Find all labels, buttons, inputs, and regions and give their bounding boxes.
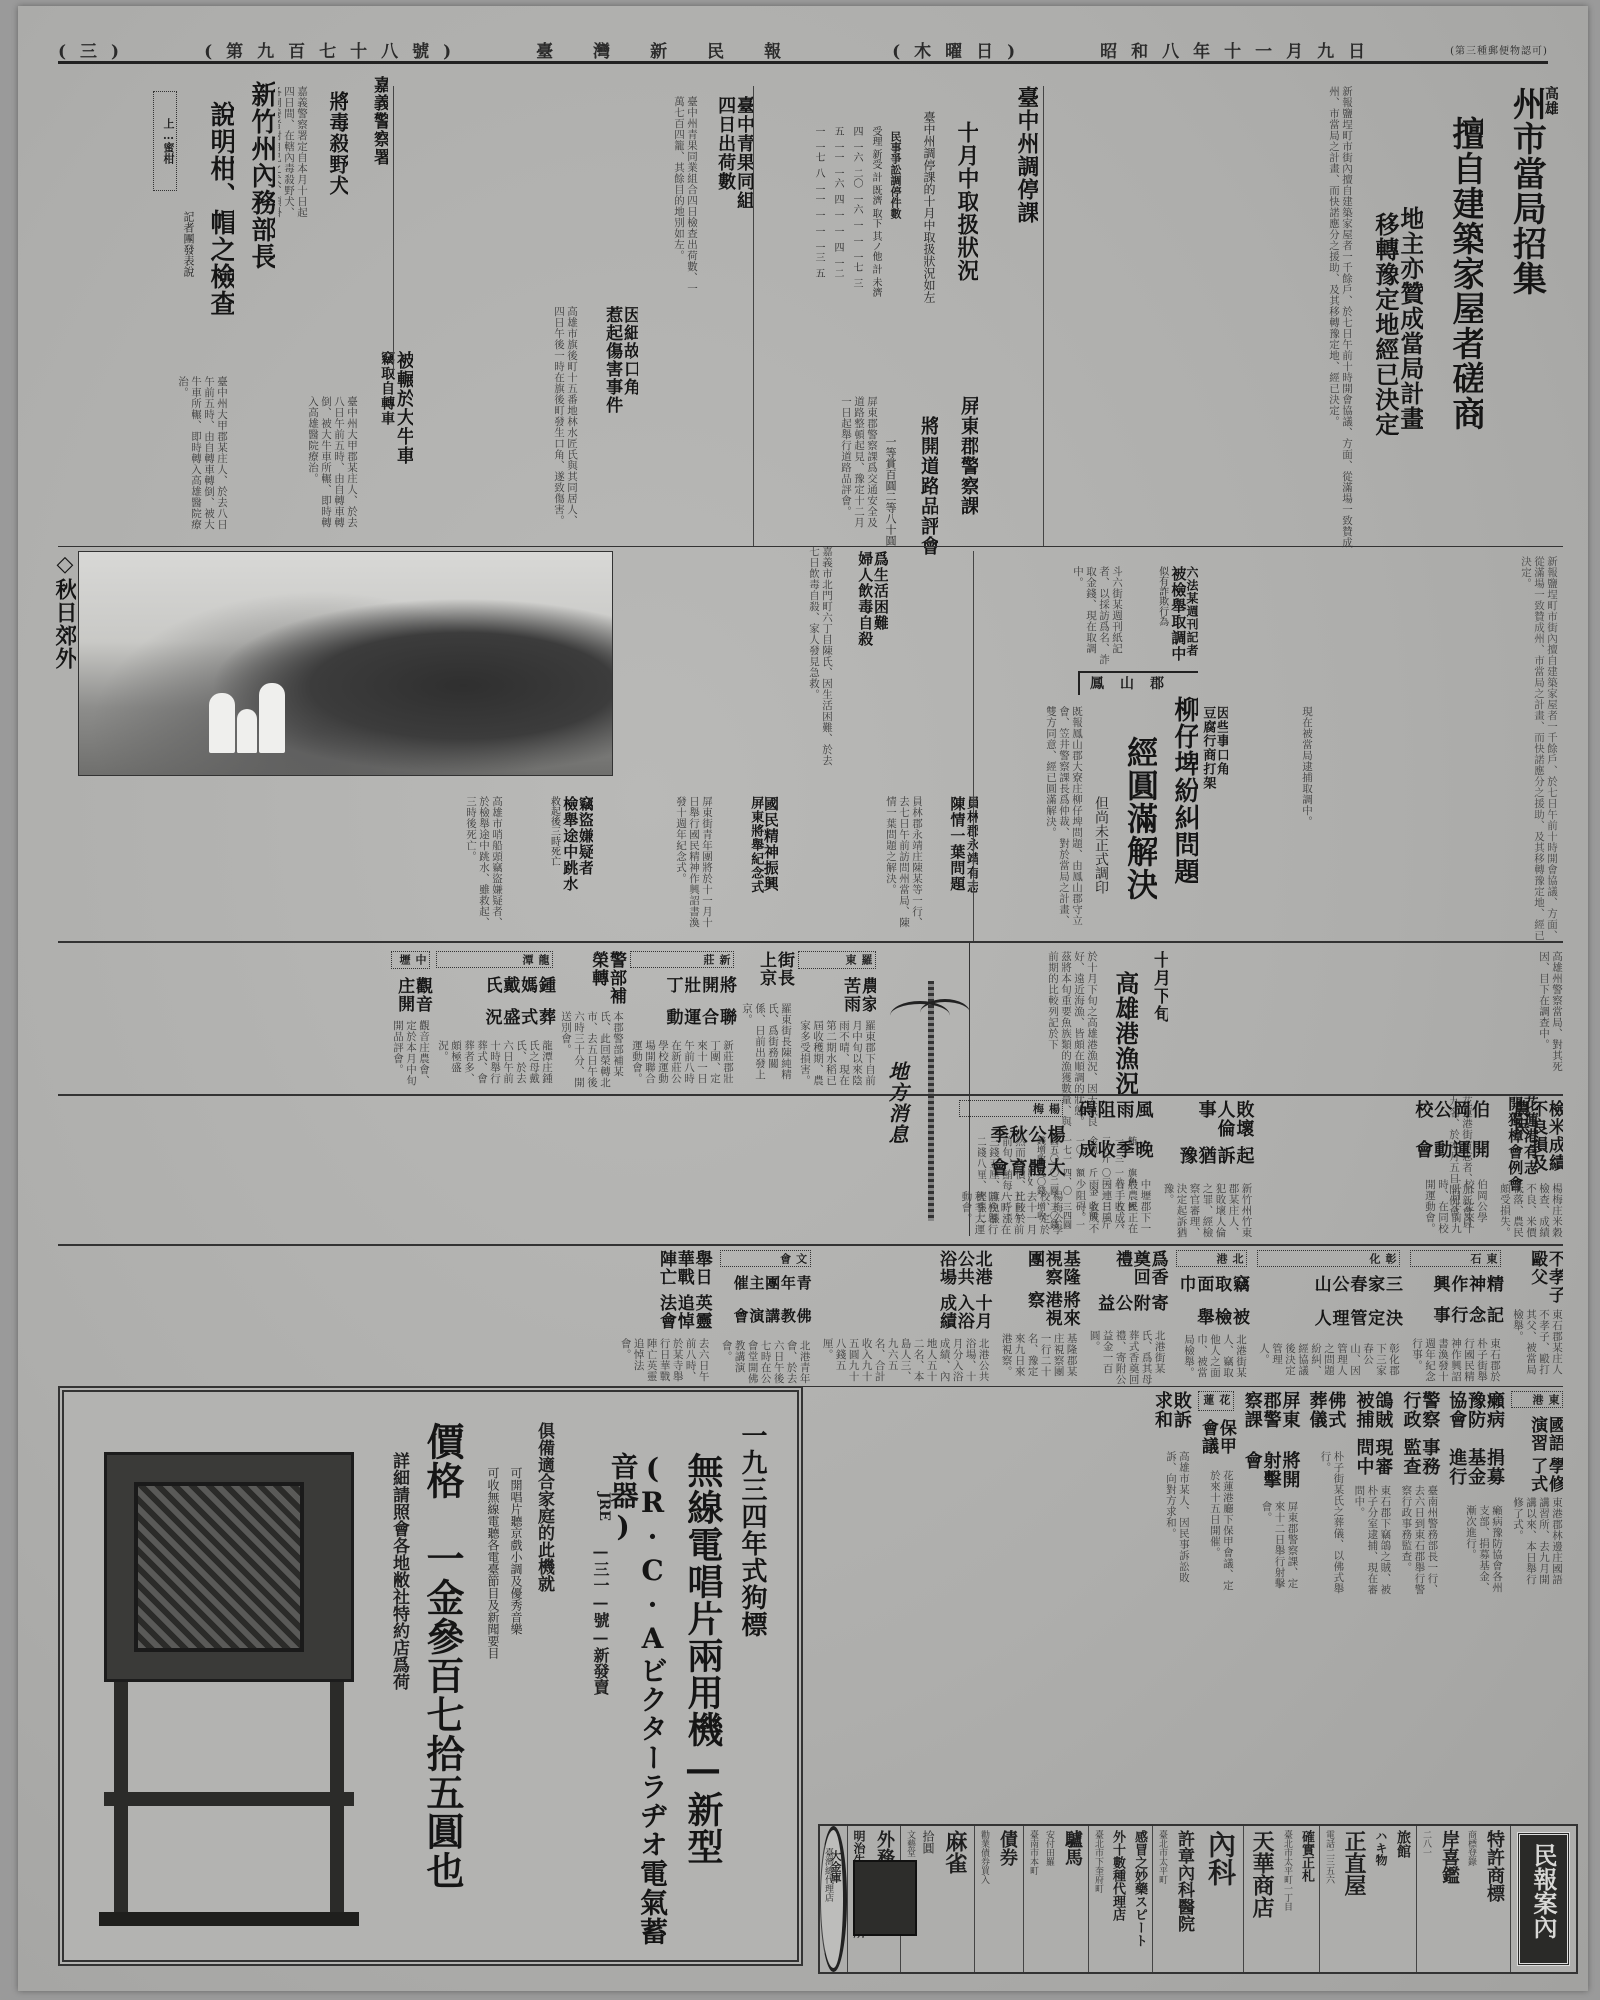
- news-item: 舉日華戰陣亡 英靈追悼法會 去六日午前八時、於某寺舉行日華戰陣亡英靈追悼法會。: [619, 1250, 710, 1385]
- postal-note: (第三種郵便物認可): [1450, 42, 1548, 57]
- local-news-item: 中壢 觀音庄開 觀音庄農會、定於本月中旬開品評會。: [391, 951, 430, 1091]
- kaohsiung-headline-2: 擅自建築家屋者磋商: [1428, 116, 1483, 556]
- mediation-table: 受理 新受 計 既濟 取下 其ノ他 計 未濟 四一六二〇一六一一一七三 五一一一…: [758, 126, 883, 396]
- kaohsiung-subheads: 地主亦贊成當局計畫 移轉豫定地經已決定: [1358, 206, 1423, 546]
- article-body: 嘉義市北門町六丁目陳氏、因生活困難、於去七日飲毒自殺、家人發見急救。: [633, 546, 833, 776]
- dog-poison-headline: 將毒殺野犬: [308, 91, 348, 211]
- local-news-item: 警部補榮轉 本郡警部補某氏、此回榮轉北市、去五日午後六時三十分、開送別會。: [559, 951, 624, 1091]
- article-body: 高雄市旗後町十五番地林水匠氏與其同居人、四日午後一時在旗後町發生口角、遂致傷害。: [418, 306, 578, 536]
- headline: 臺中青果同組: [734, 96, 753, 296]
- classified-ad-safe: 大金庫 臺灣總代理店: [820, 1826, 847, 1972]
- classified-ad: 內科 許章內科醫院 臺北市太平町: [1152, 1826, 1243, 1972]
- news-item: 東港 國語演習 學修了式 東港郡林邊庄國語講習所、去九月開講以來、本日舉行修了式…: [1511, 1391, 1563, 1596]
- ad-model: JRE: [596, 1492, 612, 1521]
- classified-ad: 旅館 ハキ物 正直屋 電話二三五六: [1319, 1826, 1416, 1972]
- rally-article: 國民精神振興 屏東將舉紀念式: [718, 796, 778, 936]
- classified-ad: 民報案內: [1510, 1826, 1576, 1972]
- local-news-item: 街長上京 羅東街長陳純精氏、爲街務關係、日前出發上京。: [740, 951, 792, 1091]
- headline: 十月中取扱狀況: [955, 121, 978, 401]
- article-body: 高雄市哨船頭竊盜嫌疑者、於檢舉途中跳水、雖救起、三時後死亡。: [58, 796, 503, 936]
- news-item: 楊梅 楊公秋季 大體育會 楊梅公學校、定於去十一月五日午前八時、在同校舉行秋季大…: [959, 1100, 1063, 1240]
- article-body: 斗六街某週刊紙記者、以採訪爲名、詐取金錢、現在取調中。: [978, 566, 1123, 666]
- news-item: 文會 青年團主催 佛教講演會 北港青年會、於去六日午後七時在公會堂開佛教講演會。: [720, 1250, 811, 1385]
- cart-accident-article: 被輾於大牛車 竊取自轉車: [358, 351, 413, 521]
- headline: 擅自建築家屋者磋商: [1447, 116, 1483, 556]
- divider: [753, 86, 754, 546]
- photo-figure: [237, 709, 257, 753]
- quarrel-article: 因細故口角 惹起傷害事件: [578, 306, 638, 456]
- article-body: [58, 81, 153, 371]
- masthead: (第三種郵便物認可) 昭和八年十一月九日 (木曜日) 臺灣新民報 (第九百七十八…: [58, 38, 1548, 64]
- headline: 州市當局招集: [1508, 86, 1544, 546]
- divider: [58, 1244, 1563, 1246]
- photo-figure: [209, 693, 235, 753]
- autumn-outing-photo: [78, 551, 613, 776]
- article-body: 嘉義警察署定自本月十日起四日間、在轄內毒殺野犬、各飼養者對自己之犬、須掛牌寫明。: [278, 86, 308, 226]
- page-number: (三): [58, 37, 133, 62]
- divider: [1043, 86, 1044, 546]
- news-item: 敗訴求和 高雄市某人、因民事訴訟敗訴、向對方求和。: [1152, 1391, 1190, 1596]
- paper-name: 臺灣新民報: [536, 37, 821, 62]
- news-item: 不孝子毆父 東石郡某庄人不孝子、毆打其父、被當局檢舉。: [1511, 1250, 1563, 1385]
- fengshan-region: 鳳山郡: [1078, 671, 1198, 695]
- article-body: 屏東郡警察課爲交通安全及道路整頓起見、豫定十二月一日起舉行道路品評會。: [758, 396, 878, 536]
- ad-feature: 俱備適合家庭的此機就: [532, 1422, 557, 1592]
- subhead: 移轉豫定地經已決定: [1373, 212, 1398, 546]
- headline: 四日出荷數: [715, 96, 734, 296]
- news-item: 風雨阻碍 晚季收成 中壢郡下一般農民正在着手收成、因連日風雨、收成不少阻碍。: [1073, 1100, 1151, 1240]
- news-item: 檢米成績不良損及農民 楊梅庄米穀檢查、成績不良、米價低落、農民頗受損失。: [1498, 1100, 1563, 1240]
- ad-feature: 可收無線電聽各電臺節目及新聞要目: [485, 1467, 502, 1659]
- radio-advertisement: 一九三四年式狗標 無線電唱片兩用機—新型 (R·C·Aビクターラヂオ電氣蓄音器)…: [58, 1386, 803, 1966]
- poison-article: 爲生活困難 婦人飲毒自殺: [838, 551, 888, 691]
- ad-feature: 可開唱片聽京戲小調及優秀音樂: [508, 1467, 525, 1635]
- divider: [58, 1386, 1563, 1387]
- classified-ad: 感冒之妙藥スピート 外十數種代理店 臺北市下奎府町: [1088, 1826, 1152, 1972]
- table-row: 四一六二〇一六一一一七三: [849, 126, 864, 396]
- weekday: (木曜日): [892, 37, 1029, 62]
- article-body: 臺中州大甲郡某庄人、於去八日午前五時、由自轉車轉倒、被大牛車所輾、即時轉入高雄醫…: [228, 396, 358, 536]
- pingtung-headline: 屏東郡警察課: [938, 396, 978, 566]
- ad-model-number: —三一—號—新發賣: [589, 1542, 612, 1695]
- divider: [58, 1094, 1563, 1096]
- news-item: 警察行政 事務監查 臺南州警務部長一行、去六日到東石郡舉行警察行政事務監查。: [1399, 1391, 1438, 1596]
- table-header: 受理 新受 計 既濟 取下 其ノ他 計 未濟: [868, 126, 883, 396]
- fengshan-headline-2: 經圓滿解決: [1113, 736, 1157, 936]
- ad-product-name: 無線電唱片兩用機—新型: [683, 1452, 721, 1865]
- divider: [393, 86, 394, 376]
- issue-number: (第九百七十八號): [204, 37, 465, 62]
- news-item: 敗壞人倫事 起訴猶豫 新竹州竹東郡某庄人、犯敗壞人倫之罪、經檢察官審理、決定起訴…: [1161, 1100, 1252, 1240]
- ad-contact: 詳細請照會各地敝社特約店爲荷: [387, 1452, 412, 1690]
- local-news-item: 龍潭 鍾媽戴氏 葬式盛況 龍潭庄鍾氏之母戴氏、於去六日午前十時舉行葬式、會葬者多…: [436, 951, 553, 1091]
- article-body: 新報鹽埕町市街內擅自建築家屋者一千餘戶、於七日午前十時開會協議、方面、從滿場一致…: [1048, 86, 1353, 556]
- fengshan-subhead: 但尚未正式調印: [1086, 796, 1111, 936]
- fruit-article: 臺中青果同組 四日出荷數: [698, 96, 753, 296]
- taichung-mediation-headline-2: 十月中取扱狀況: [938, 121, 978, 401]
- photo-caption: ◇秋日郊外: [48, 551, 76, 771]
- mediation-intro: 臺中州調停課的十月中取扱狀況如左: [903, 111, 938, 371]
- news-item: 鴿賊被捕 現審問中 東石郡下竊鴿之賊、被朴子分室逮捕、現在審問中。: [1352, 1391, 1391, 1596]
- fishing-period: 十月下旬: [1138, 951, 1168, 1071]
- classified-ads: 民報案內 特許商標 商標登錄 岸喜鑑 二八一 旅館 ハキ物 正直屋 電話二三五六…: [818, 1824, 1578, 1974]
- local-news-strip: 羅東 農家苦雨 羅東郡下自前月中旬以來陰雨不晴、現在第二期水稻已屆收穫期、農家多…: [58, 951, 876, 1091]
- speaker-grill-icon: [134, 1482, 304, 1652]
- classified-ad: 債券 勸業債券買入: [974, 1826, 1023, 1972]
- article-body: 屏東街青年團將於十一月十日舉行國民精神作興詔書渙發十週年紀念式。: [598, 796, 713, 936]
- radio-cabinet-illustration: [94, 1452, 364, 1952]
- subhead: 地主亦贊成當局計畫: [1398, 206, 1423, 546]
- news-band-5: 東港 國語演習 學修了式 東港郡林邊庄國語講習所、去九月開講以來、本日舉行修了式…: [818, 1391, 1563, 1816]
- yongjing-article: 員林郡永靖有志 陳情一葉問題: [928, 796, 978, 936]
- fengshan-headline: 柳仔埤紛糾問題: [1158, 696, 1198, 936]
- news-item: 癩病豫防協會 捐募基金進行 癩病豫防協會各州支部、捐募基金、漸次進行。: [1446, 1391, 1503, 1596]
- issue-date: 昭和八年十一月九日: [1100, 37, 1379, 62]
- news-item: 花蓮 保甲會議 花蓮港廳下保甲會議、定於來十五日開催。: [1198, 1391, 1234, 1596]
- safe-icon: [853, 1860, 917, 1936]
- news-item: 彰化 三家春公山 決定管理人 彰化郡下三家春公山、因管理人之問題紛糾、經協議後決…: [1257, 1250, 1400, 1385]
- hsinchu-headline: 新竹州內務部長: [233, 81, 275, 341]
- divider: [58, 546, 1563, 547]
- divider: [58, 941, 1563, 943]
- news-item: 伯岡公校 開運動會 伯岡公學校、定來十三日午前九時、在同校開運動會。: [1412, 1100, 1488, 1240]
- chiayi-police-headline: 嘉義警察署: [348, 76, 388, 206]
- news-item: 基隆視察團 將來港視察 基隆郡某庄視察團一行二十名、豫定來九日來港視察。: [1000, 1250, 1078, 1385]
- table-row: 一一七八一一一一一三五: [811, 126, 826, 396]
- article-body: 臺中州大甲郡某庄人、於去八日午前五時、由自轉車轉倒、被大牛車所輾、即時轉入高雄醫…: [58, 376, 228, 536]
- road-contest-headline: 將開道路品評會: [898, 416, 938, 586]
- classified-ad: 特許商標 商標登錄 岸喜鑑 二八一: [1416, 1826, 1510, 1972]
- news-band-4: 不孝子毆父 東石郡某庄人不孝子、毆打其父、被當局檢舉。 東石 精神作興 記念行事…: [58, 1250, 1563, 1385]
- article-body: 新報鹽埕町市街內擅自建築家屋者一千餘戶、於七日午前十時開會協議、方面、從滿場一致…: [1318, 556, 1558, 941]
- headline: 臺中州調停課: [1015, 86, 1038, 386]
- news-band-3: 檢米成績不良損及農民 楊梅庄米穀檢查、成績不良、米價低落、農民頗受損失。 伯岡公…: [58, 1100, 1563, 1240]
- ad-price: 價格 一金參百七拾五圓也: [422, 1422, 462, 1890]
- article-body: 臺中州青果同業組合四日檢查出荷數、一萬七百四籠、其餘目的地別如左。: [618, 96, 698, 296]
- hsinchu-headline-2: 說明柑、帽之檢查: [196, 101, 234, 361]
- mediation-subhead: 民事爭訟調停件數: [883, 131, 903, 331]
- divider: [973, 551, 974, 941]
- newspaper-page: (第三種郵便物認可) 昭和八年十一月九日 (木曜日) 臺灣新民報 (第九百七十八…: [18, 6, 1588, 1991]
- news-item: 爲香奠回禮 寄附公益 北港街某氏、爲其母葬式香奠回禮、寄附公益金一百圓。: [1088, 1250, 1166, 1385]
- news-item: 北港公共浴場 十月入浴成績 北港公共浴場、十月分入浴成績、內地人五十二名、本島人…: [821, 1250, 990, 1385]
- ad-brand: (R·C·Aビクターラヂオ電氣蓄音器): [608, 1452, 667, 1952]
- news-item: 屏東郡警察課 將開射擊會 屏東郡警察課、定來十二日舉行射擊會。: [1242, 1391, 1299, 1596]
- local-news-item: 新莊 將開壯丁 聯合運動 新莊郡壯丁團、定來十一日午前八時在新莊公學校運動場開聯…: [630, 951, 734, 1091]
- article-body: 既報鳳山郡大寮庄柳仔埤問題、由鳳山郡守立會、笠井警察課長爲仲裁、對於當局之計畫、…: [978, 706, 1083, 936]
- classified-ad: 驢馬 安付田羅 臺南市本町: [1023, 1826, 1088, 1972]
- series-tag: 上…蜜柑: [153, 91, 177, 191]
- kaohsiung-article: 高雄 州市當局招集: [1488, 86, 1558, 546]
- news-item: 佛式葬儀 朴子街某氏之葬儀、以佛式舉行。: [1307, 1391, 1345, 1596]
- classified-ad: 確實正札 臺北市太平町一丁目 天華商店: [1243, 1826, 1319, 1972]
- article-body: 高雄州警察當局、對其死因、目下在調查中。: [1188, 951, 1563, 1081]
- ad-year-line: 一九三四年式狗標: [738, 1422, 765, 1638]
- local-news-item: 羅東 農家苦雨 羅東郡下自前月中旬以來陰雨不晴、現在第二期水稻已屆收穫期、農家多…: [798, 951, 876, 1091]
- news-item: 東石 精神作興 記念行事 東石郡於朴子街舉行國民精神作興詔書渙發十週年紀念行事。: [1410, 1250, 1501, 1385]
- article-body: 員林郡永靖庄陳某等一行、去七日午前訪問州當局、陳情一葉問題之解決。: [798, 796, 923, 936]
- table-row: 五一一一六四一一四一二: [830, 126, 845, 396]
- taichung-mediation-article: 臺中州調停課: [978, 86, 1038, 386]
- theft-suspect-article: 竊盜嫌疑者 檢舉途中跳水 救起後三時死亡: [508, 796, 593, 936]
- article-body: 現在被當局逮捕取調中。: [1238, 706, 1313, 936]
- hsinchu-subhead: 記者團發表說: [176, 211, 196, 311]
- photo-figure: [259, 683, 285, 753]
- minpo-guide-title: 民報案內: [1517, 1832, 1570, 1966]
- news-item: 北港 竊取面巾 被檢舉 北港街某人、竊取他人之面巾、被當局檢舉。: [1176, 1250, 1247, 1385]
